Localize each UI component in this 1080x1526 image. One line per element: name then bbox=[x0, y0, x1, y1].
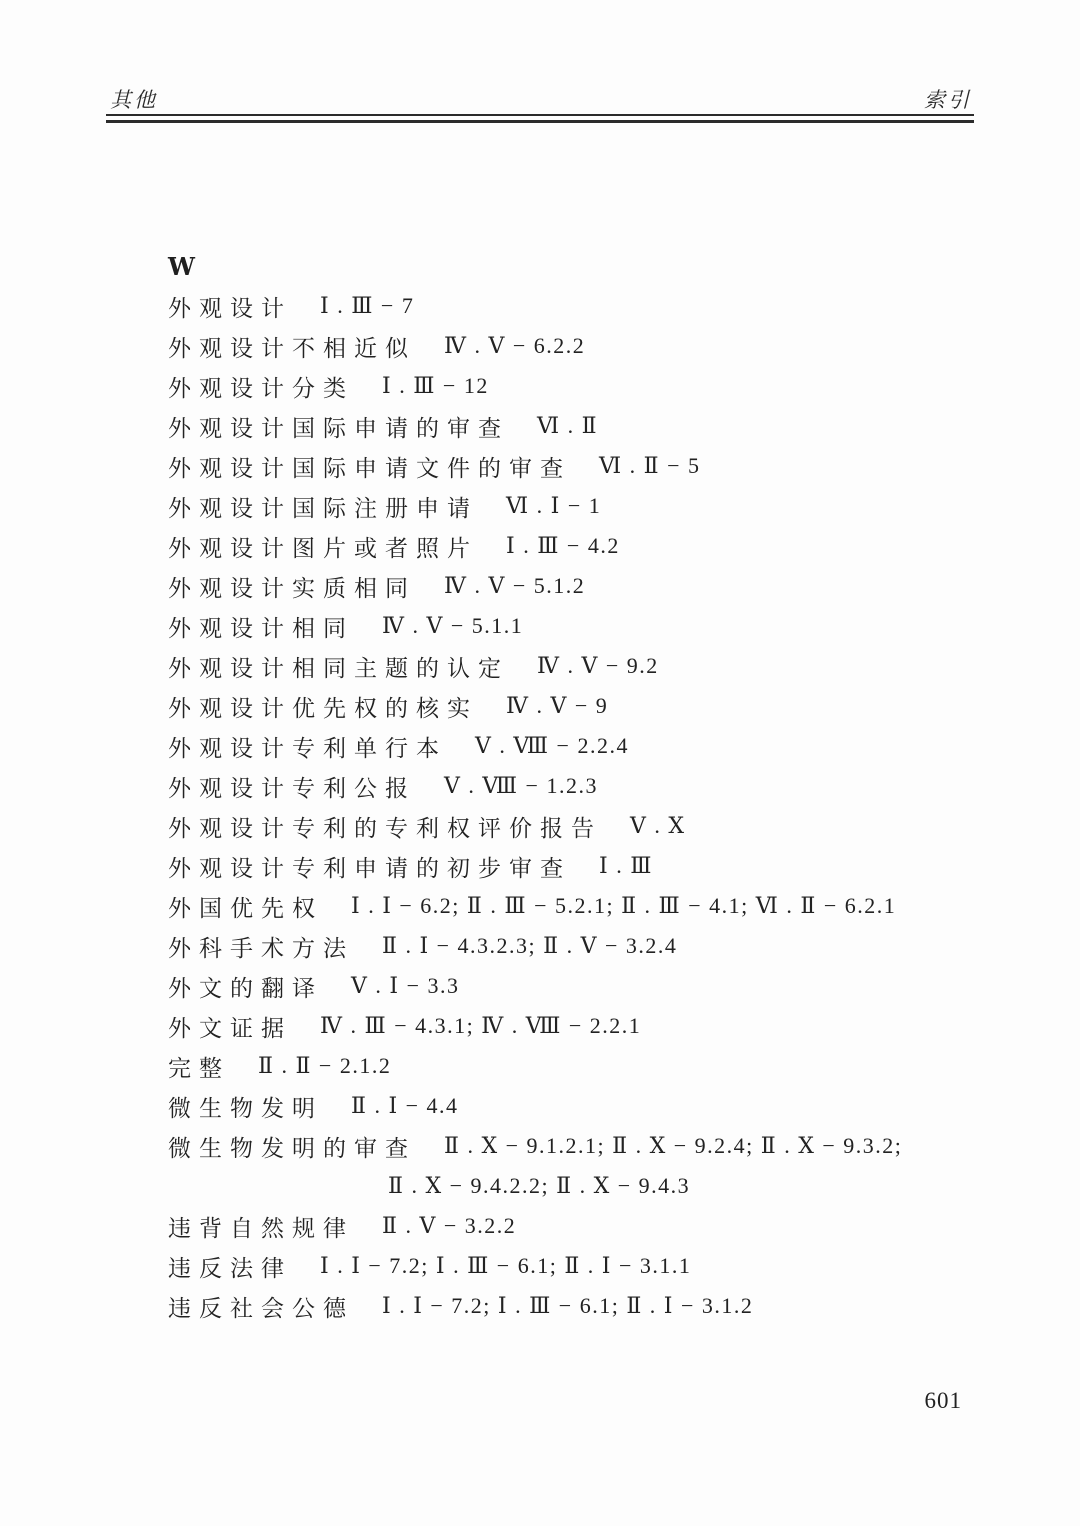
index-entry: 外观设计专利的专利权评价报告 Ⅴ . Ⅹ bbox=[168, 806, 968, 846]
entry-term: 违背自然规律 bbox=[168, 1210, 354, 1243]
entry-term: 外观设计国际注册申请 bbox=[168, 490, 478, 523]
index-entry: 外观设计 Ⅰ . Ⅲ − 7 bbox=[168, 286, 968, 326]
section-letter: W bbox=[168, 252, 195, 281]
index-entry: 外观设计相同主题的认定 Ⅳ . Ⅴ − 9.2 bbox=[168, 646, 968, 686]
index-entry: 违背自然规律 Ⅱ . Ⅴ − 3.2.2 bbox=[168, 1206, 968, 1246]
entry-refs: Ⅱ . Ⅱ − 2.1.2 bbox=[258, 1053, 391, 1079]
entry-term: 外观设计实质相同 bbox=[168, 570, 416, 603]
index-entry-continuation: Ⅱ . Ⅹ − 9.4.2.2; Ⅱ . Ⅹ − 9.4.3 bbox=[168, 1166, 968, 1206]
entry-refs: Ⅰ . Ⅲ − 12 bbox=[382, 373, 489, 399]
index-entry: 外观设计不相近似 Ⅳ . Ⅴ − 6.2.2 bbox=[168, 326, 968, 366]
index-entry: 违反社会公德 Ⅰ . Ⅰ − 7.2; Ⅰ . Ⅲ − 6.1; Ⅱ . Ⅰ −… bbox=[168, 1286, 968, 1326]
index-entry: 外观设计国际申请的审查 Ⅵ . Ⅱ bbox=[168, 406, 968, 446]
entry-term: 外科手术方法 bbox=[168, 930, 354, 963]
entry-refs: Ⅵ . Ⅰ − 1 bbox=[506, 493, 601, 519]
entry-refs: Ⅱ . Ⅰ − 4.4 bbox=[351, 1093, 459, 1119]
index-entry: 违反法律 Ⅰ . Ⅰ − 7.2; Ⅰ . Ⅲ − 6.1; Ⅱ . Ⅰ − 3… bbox=[168, 1246, 968, 1286]
header-right-label: 索引 bbox=[924, 84, 972, 114]
entry-term: 外观设计图片或者照片 bbox=[168, 530, 478, 563]
entry-refs: Ⅰ . Ⅲ bbox=[599, 853, 653, 879]
entry-term: 外文证据 bbox=[168, 1010, 292, 1043]
entry-term: 外观设计专利的专利权评价报告 bbox=[168, 810, 602, 843]
entry-refs: Ⅰ . Ⅰ − 7.2; Ⅰ . Ⅲ − 6.1; Ⅱ . Ⅰ − 3.1.2 bbox=[382, 1293, 753, 1319]
index-list: W 外观设计 Ⅰ . Ⅲ − 7 外观设计不相近似 Ⅳ . Ⅴ − 6.2.2 … bbox=[168, 246, 968, 1326]
entry-refs: Ⅳ . Ⅴ − 9.2 bbox=[537, 653, 659, 679]
index-entry: 外观设计专利单行本 Ⅴ . Ⅷ − 2.2.4 bbox=[168, 726, 968, 766]
index-page: 其他 索引 W 外观设计 Ⅰ . Ⅲ − 7 外观设计不相近似 Ⅳ . Ⅴ − … bbox=[0, 0, 1080, 1526]
entry-term: 外观设计专利公报 bbox=[168, 770, 416, 803]
entry-refs: Ⅳ . Ⅴ − 6.2.2 bbox=[444, 333, 585, 359]
entry-term: 外观设计分类 bbox=[168, 370, 354, 403]
entry-refs: Ⅳ . Ⅴ − 5.1.2 bbox=[444, 573, 585, 599]
index-entry: 微生物发明 Ⅱ . Ⅰ − 4.4 bbox=[168, 1086, 968, 1126]
entry-refs: Ⅴ . Ⅷ − 1.2.3 bbox=[444, 773, 598, 799]
entry-refs: Ⅳ . Ⅲ − 4.3.1; Ⅳ . Ⅷ − 2.2.1 bbox=[320, 1013, 641, 1039]
entry-term: 微生物发明 bbox=[168, 1090, 323, 1123]
index-entry: 外观设计图片或者照片 Ⅰ . Ⅲ − 4.2 bbox=[168, 526, 968, 566]
index-entry: 微生物发明的审查 Ⅱ . Ⅹ − 9.1.2.1; Ⅱ . Ⅹ − 9.2.4;… bbox=[168, 1126, 968, 1166]
entry-refs: Ⅰ . Ⅰ − 7.2; Ⅰ . Ⅲ − 6.1; Ⅱ . Ⅰ − 3.1.1 bbox=[320, 1253, 691, 1279]
index-entry: 外观设计国际注册申请 Ⅵ . Ⅰ − 1 bbox=[168, 486, 968, 526]
entry-refs: Ⅴ . Ⅷ − 2.2.4 bbox=[475, 733, 629, 759]
entry-refs: Ⅵ . Ⅱ − 5 bbox=[599, 453, 701, 479]
entry-term: 外观设计国际申请的审查 bbox=[168, 410, 509, 443]
header-left-label: 其他 bbox=[110, 84, 158, 114]
entry-term: 外国优先权 bbox=[168, 890, 323, 923]
index-entry: 完整 Ⅱ . Ⅱ − 2.1.2 bbox=[168, 1046, 968, 1086]
entry-term: 违反社会公德 bbox=[168, 1290, 354, 1323]
index-entry: 外观设计实质相同 Ⅳ . Ⅴ − 5.1.2 bbox=[168, 566, 968, 606]
entry-refs: Ⅳ . Ⅴ − 5.1.1 bbox=[382, 613, 523, 639]
entry-refs: Ⅴ . Ⅹ bbox=[630, 813, 686, 839]
entry-refs: Ⅰ . Ⅲ − 4.2 bbox=[506, 533, 620, 559]
entry-refs: Ⅰ . Ⅰ − 6.2; Ⅱ . Ⅲ − 5.2.1; Ⅱ . Ⅲ − 4.1;… bbox=[351, 893, 896, 919]
entry-term: 外观设计 bbox=[168, 290, 292, 323]
entry-refs: Ⅱ . Ⅴ − 3.2.2 bbox=[382, 1213, 516, 1239]
page-number: 601 bbox=[925, 1388, 963, 1414]
entry-refs: Ⅱ . Ⅹ − 9.4.2.2; Ⅱ . Ⅹ − 9.4.3 bbox=[388, 1173, 690, 1199]
entry-term: 外文的翻译 bbox=[168, 970, 323, 1003]
entry-term: 外观设计相同 bbox=[168, 610, 354, 643]
index-entry: 外观设计专利申请的初步审查 Ⅰ . Ⅲ bbox=[168, 846, 968, 886]
entry-term: 微生物发明的审查 bbox=[168, 1130, 416, 1163]
entry-term: 违反法律 bbox=[168, 1250, 292, 1283]
index-entry: 外观设计相同 Ⅳ . Ⅴ − 5.1.1 bbox=[168, 606, 968, 646]
entry-term: 外观设计国际申请文件的审查 bbox=[168, 450, 571, 483]
header-rule bbox=[106, 114, 974, 123]
entry-term: 外观设计专利单行本 bbox=[168, 730, 447, 763]
index-entry: 外观设计分类 Ⅰ . Ⅲ − 12 bbox=[168, 366, 968, 406]
entry-refs: Ⅴ . Ⅰ − 3.3 bbox=[351, 973, 460, 999]
index-entry: 外文的翻译 Ⅴ . Ⅰ − 3.3 bbox=[168, 966, 968, 1006]
index-entry: 外科手术方法 Ⅱ . Ⅰ − 4.3.2.3; Ⅱ . Ⅴ − 3.2.4 bbox=[168, 926, 968, 966]
entry-refs: Ⅳ . Ⅴ − 9 bbox=[506, 693, 608, 719]
index-entry: 外文证据 Ⅳ . Ⅲ − 4.3.1; Ⅳ . Ⅷ − 2.2.1 bbox=[168, 1006, 968, 1046]
running-header: 其他 索引 bbox=[110, 84, 972, 114]
entry-refs: Ⅰ . Ⅲ − 7 bbox=[320, 293, 414, 319]
index-entry: 外观设计国际申请文件的审查 Ⅵ . Ⅱ − 5 bbox=[168, 446, 968, 486]
entry-term: 完整 bbox=[168, 1050, 230, 1083]
index-entry: 外观设计专利公报 Ⅴ . Ⅷ − 1.2.3 bbox=[168, 766, 968, 806]
entry-term: 外观设计专利申请的初步审查 bbox=[168, 850, 571, 883]
entry-refs: Ⅱ . Ⅹ − 9.1.2.1; Ⅱ . Ⅹ − 9.2.4; Ⅱ . Ⅹ − … bbox=[444, 1133, 902, 1159]
entry-refs: Ⅵ . Ⅱ bbox=[537, 413, 598, 439]
section-letter-row: W bbox=[168, 246, 968, 286]
entry-term: 外观设计相同主题的认定 bbox=[168, 650, 509, 683]
index-entry: 外观设计优先权的核实 Ⅳ . Ⅴ − 9 bbox=[168, 686, 968, 726]
entry-term: 外观设计优先权的核实 bbox=[168, 690, 478, 723]
entry-refs: Ⅱ . Ⅰ − 4.3.2.3; Ⅱ . Ⅴ − 3.2.4 bbox=[382, 933, 677, 959]
entry-term: 外观设计不相近似 bbox=[168, 330, 416, 363]
index-entry: 外国优先权 Ⅰ . Ⅰ − 6.2; Ⅱ . Ⅲ − 5.2.1; Ⅱ . Ⅲ … bbox=[168, 886, 968, 926]
